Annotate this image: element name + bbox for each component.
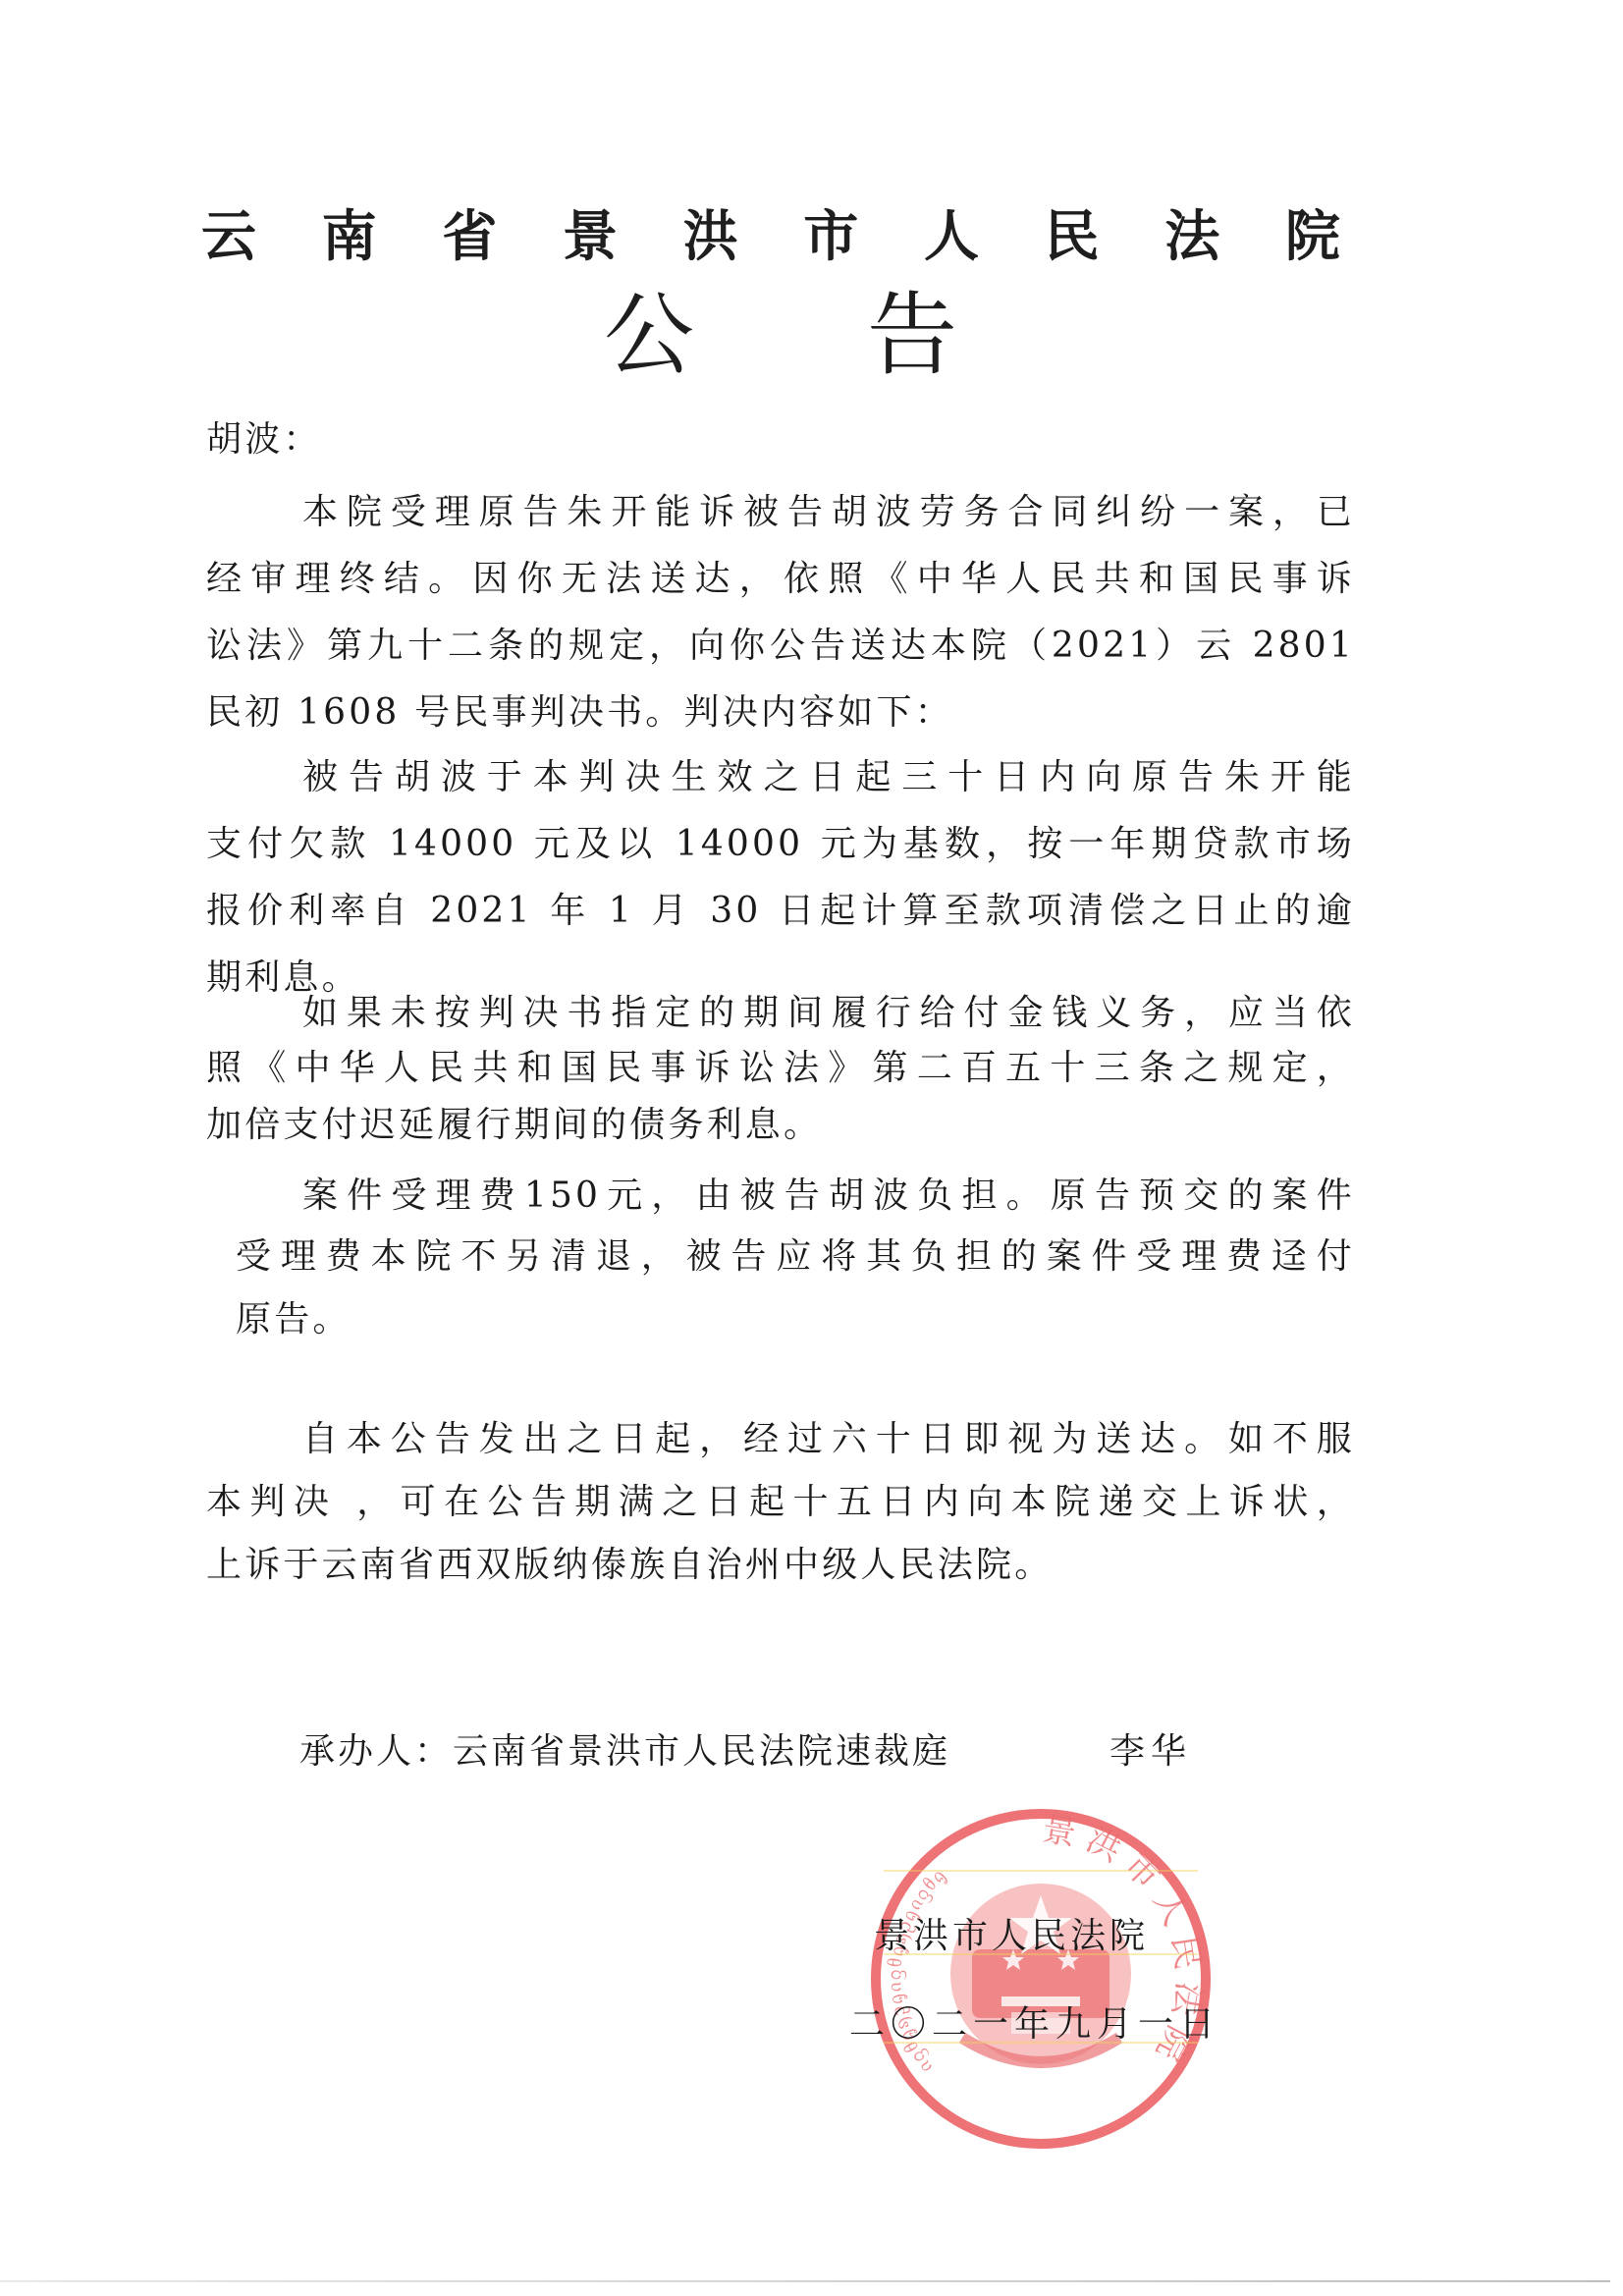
addressee: 胡波： (206, 418, 1355, 462)
court-name-char: 院 (1285, 206, 1340, 269)
paragraph-line: 民初 1608 号民事判决书。判决内容如下： (206, 691, 1355, 735)
court-name-char: 市 (803, 206, 858, 269)
paragraph-line: 受理费本院不另清退，被告应将其负担的案件受理费迳付 (236, 1235, 1355, 1279)
paragraph-line: 加倍支付迟延履行期间的债务利息。 (206, 1104, 1355, 1147)
issuing-court: 景洪市人民法院 (874, 1915, 1149, 1958)
paragraph-line: 原告。 (236, 1298, 1355, 1341)
paragraph-line: 如果未按判决书指定的期间履行给付金钱义务，应当依 (302, 992, 1355, 1035)
title-char: 告 (867, 287, 957, 385)
paragraph-line: 支付欠款 14000 元及以 14000 元为基数，按一年期贷款市场 (206, 823, 1355, 866)
court-name-char: 洪 (683, 206, 738, 269)
paragraph-line: 被告胡波于本判决生效之日起三十日内向原告朱开能 (302, 756, 1355, 799)
scan-edge-divider (0, 2280, 1610, 2282)
paragraph-line: 经审理终结。因你无法送达，依照《中华人民共和国民事诉 (206, 558, 1355, 601)
court-name-char: 人 (924, 206, 979, 269)
court-name-char: 法 (1164, 206, 1219, 269)
court-name-char: 南 (322, 206, 377, 269)
document-title: 公 告 (604, 287, 957, 385)
handler-name: 李华 (1109, 1730, 1192, 1774)
paragraph-line: 上诉于云南省西双版纳傣族自治州中级人民法院。 (206, 1544, 1355, 1587)
issue-date: 二〇二一年九月一日 (849, 2003, 1220, 2047)
court-name-char: 景 (563, 206, 618, 269)
paragraph-line: 照《中华人民共和国民事诉讼法》第二百五十三条之规定， (206, 1047, 1355, 1090)
paragraph-line: 讼法》第九十二条的规定，向你公告送达本院（2021）云 2801 (206, 625, 1355, 668)
paragraph-line: 案件受理费150元，由被告胡波负担。原告预交的案件 (302, 1175, 1355, 1218)
court-seal-icon: 景洪市人民法院 ᦵᦋᦲᧂᦣᦳᧂᦵᦋᦲᧂᦣᦳᧂᦵᦋᦲᧂ (864, 1802, 1217, 2156)
paragraph-line: 本院受理原告朱开能诉被告胡波劳务合同纠纷一案，已 (302, 491, 1355, 534)
court-name-char: 民 (1045, 206, 1100, 269)
title-char: 公 (604, 287, 694, 385)
paragraph-line: 报价利率自 2021 年 1 月 30 日起计算至款项清偿之日止的逾 (206, 890, 1355, 933)
court-name-char: 省 (442, 206, 497, 269)
paragraph-line: 自本公告发出之日起，经过六十日即视为送达。如不服 (302, 1418, 1355, 1461)
court-name-char: 云 (201, 206, 256, 269)
court-name-heading: 云 南 省 景 洪 市 人 民 法 院 (201, 206, 1340, 269)
handler-label: 承办人：云南省景洪市人民法院速裁庭 (299, 1730, 950, 1774)
paragraph-line: 本判决 ，可在公告期满之日起十五日内向本院递交上诉状， (206, 1481, 1355, 1524)
